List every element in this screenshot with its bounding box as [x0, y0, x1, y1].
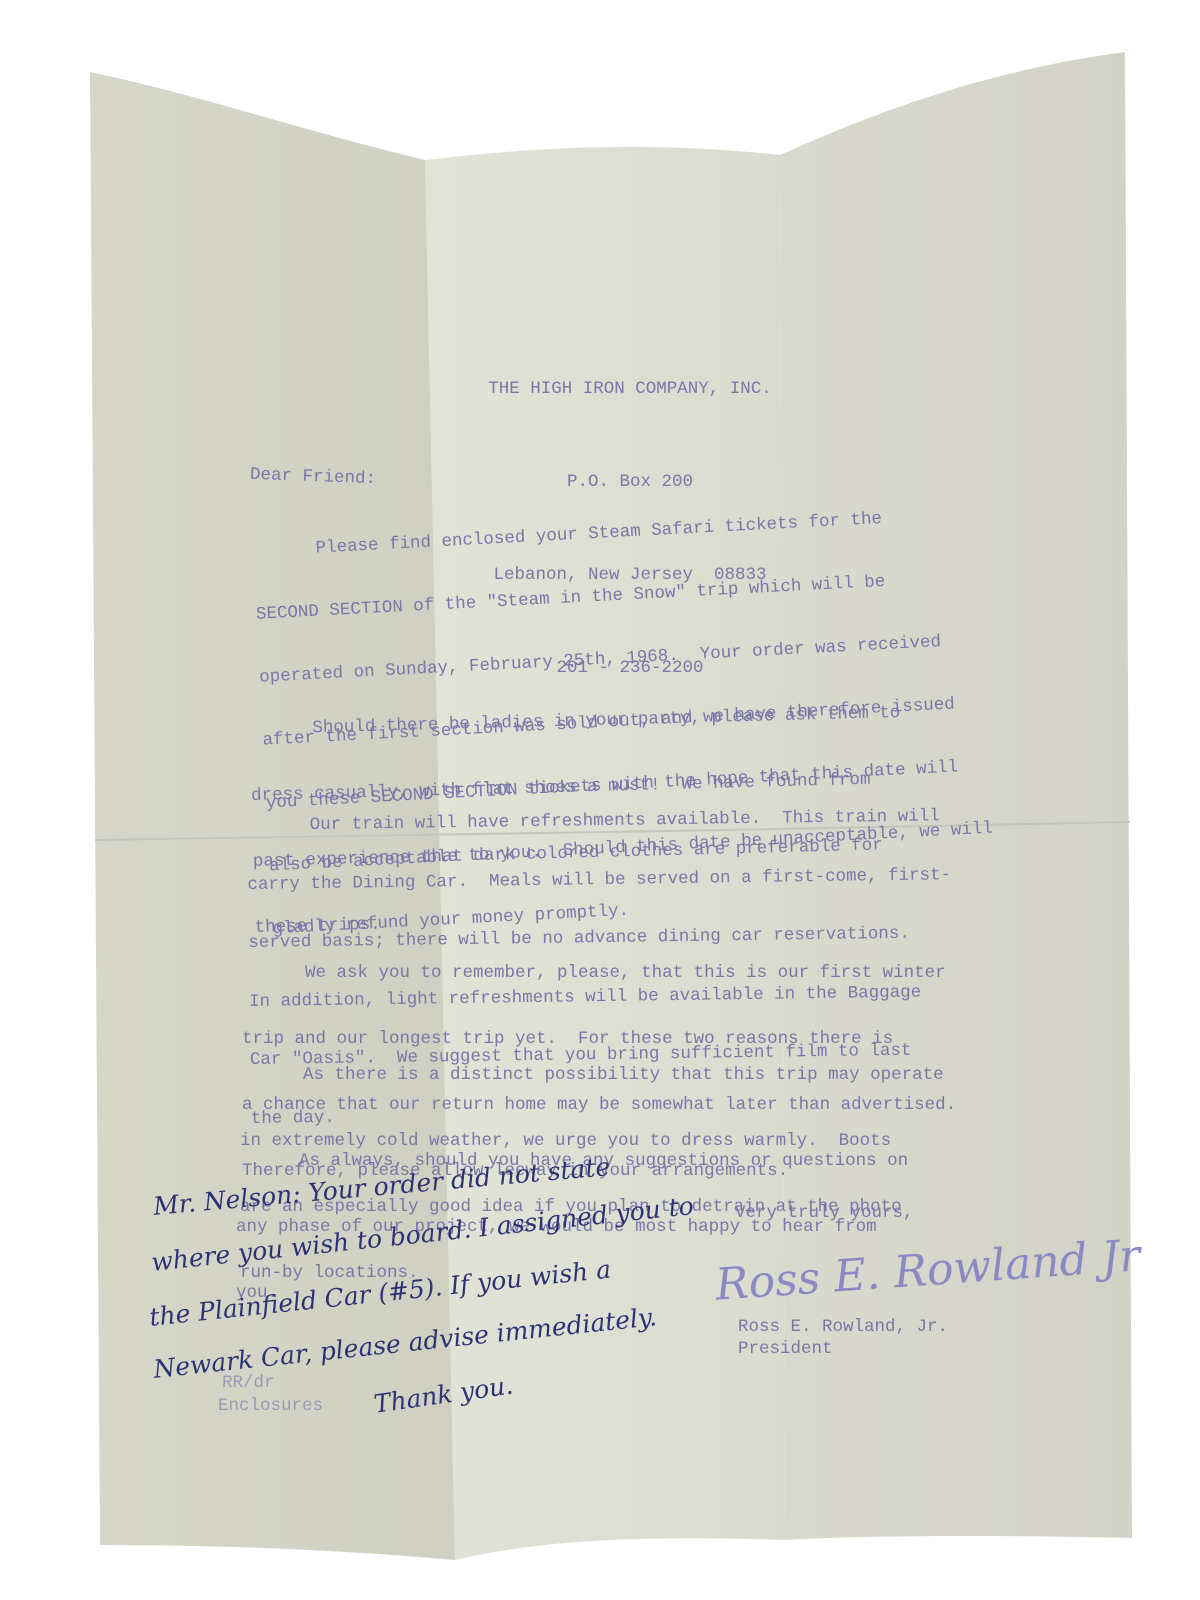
salutation: Dear Friend: [250, 464, 377, 490]
signer-title: President [738, 1338, 833, 1360]
signer-name: Ross E. Rowland, Jr. [738, 1316, 948, 1338]
company-name: THE HIGH IRON COMPANY, INC. [470, 374, 790, 405]
folded-letter: THE HIGH IRON COMPANY, INC. P.O. Box 200… [0, 0, 1200, 1600]
enclosures-note: Enclosures [218, 1395, 323, 1417]
complimentary-close: Very truly yours, [735, 1202, 914, 1224]
